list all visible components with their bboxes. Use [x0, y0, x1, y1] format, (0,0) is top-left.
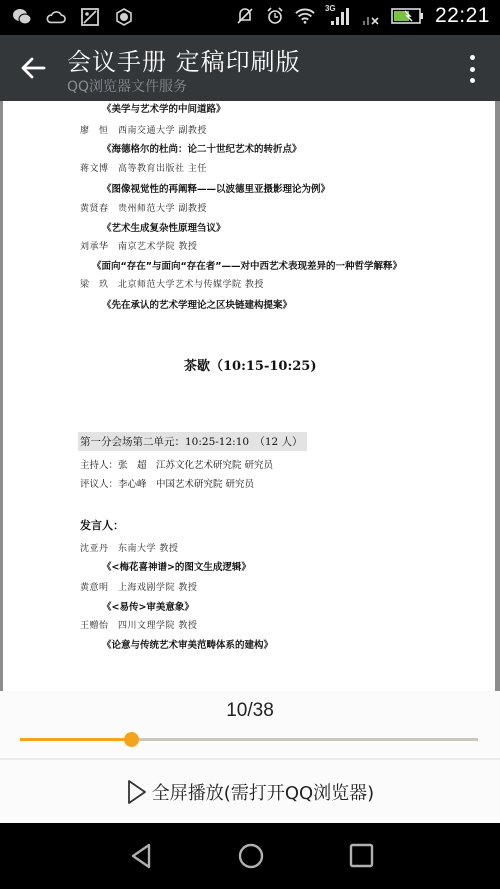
speaker-info: 蒋文博 高等教育出版社 主任: [80, 161, 207, 174]
tea-break-heading: 茶歇（10:15-10:25): [184, 355, 317, 374]
more-options-button[interactable]: [466, 55, 478, 83]
back-triangle-icon: [127, 841, 157, 871]
slider-progress: [20, 738, 131, 741]
talk-title: 《<梅花喜神谱>的图文生成逻辑》: [102, 559, 251, 573]
page-slider[interactable]: [20, 729, 480, 749]
host-info: 主持人：张 超 江苏文化艺术研究院 研究员: [80, 457, 273, 471]
wechat-icon: [12, 7, 32, 27]
document-title: 会议手册 定稿印刷版: [67, 42, 301, 77]
speakers-heading: 发言人：: [80, 517, 124, 533]
talk-title: 《先在承认的艺术学理论之区块链建构提案》: [102, 297, 292, 311]
status-bar: 3G 22:21: [0, 0, 500, 35]
talk-title: 《<易传>审美意象》: [102, 599, 194, 613]
signal-no-sim-icon: [361, 6, 381, 26]
cloud-icon: [46, 7, 66, 27]
talk-title: 《美学与艺术学的中间道路》: [102, 101, 226, 115]
mute-icon: [235, 6, 255, 26]
home-circle-icon: [236, 841, 266, 871]
nav-recents-button[interactable]: [347, 841, 377, 871]
document-viewer[interactable]: 《美学与艺术学的中间道路》 廖 恒 西南交通大学 副教授 《海德格尔的杜尚：论二…: [0, 101, 500, 691]
speaker-info: 刘承华 南京艺术学院 教授: [80, 239, 197, 252]
image-icon: [80, 7, 100, 27]
app-hexagon-icon: [114, 7, 134, 27]
app-bar: 会议手册 定稿印刷版 QQ浏览器文件服务: [0, 35, 500, 101]
session-heading: 第一分会场第二单元：10:25-12:10 （12 人）: [78, 432, 307, 451]
document-subtitle: QQ浏览器文件服务: [67, 76, 187, 96]
fullscreen-play-label: 全屏播放(需打开QQ浏览器): [152, 779, 374, 805]
talk-title: 《论意与传统艺术审美范畴体系的建构》: [102, 637, 273, 651]
battery-charging-icon: [391, 6, 425, 26]
arrow-left-icon: [18, 53, 48, 83]
nav-home-button[interactable]: [236, 841, 266, 871]
nav-back-button[interactable]: [127, 841, 157, 871]
wifi-icon: [295, 6, 315, 26]
speaker-info: 梁 玖 北京师范大学艺术与传媒学院 教授: [80, 277, 264, 290]
talk-title: 《面向“存在”与面向“存在者”——对中西艺术表现差异的一种哲学解释》: [92, 258, 402, 272]
speaker-info: 廖 恒 西南交通大学 副教授: [80, 123, 207, 136]
recents-square-icon: [347, 841, 377, 871]
talk-title: 《图像视觉性的再阐释——以波德里亚摄影理论为例》: [102, 181, 330, 195]
clock: 22:21: [435, 4, 490, 28]
speaker-info: 黄意明 上海戏剧学院 教授: [80, 580, 197, 593]
speaker-info: 黄贤春 贵州师范大学 副教授: [80, 201, 207, 214]
talk-title: 《海德格尔的杜尚：论二十世纪艺术的转折点》: [102, 141, 302, 155]
talk-title: 《艺术生成复杂性原理刍议》: [102, 220, 226, 234]
speaker-info: 沈亚丹 东南大学 教授: [80, 541, 178, 554]
page-indicator: 10/38: [0, 700, 500, 722]
play-icon: [126, 779, 148, 805]
fullscreen-play-button[interactable]: 全屏播放(需打开QQ浏览器): [0, 761, 500, 823]
signal-3g-icon: 3G: [325, 6, 351, 26]
system-navigation-bar: [0, 823, 500, 889]
alarm-icon: [265, 6, 285, 26]
document-page: 《美学与艺术学的中间道路》 廖 恒 西南交通大学 副教授 《海德格尔的杜尚：论二…: [3, 101, 495, 691]
reviewer-info: 评议人：李心峰 中国艺术研究院 研究员: [80, 476, 254, 490]
divider: [0, 758, 500, 760]
page-controls: 10/38 全屏播放(需打开QQ浏览器): [0, 691, 500, 823]
speaker-info: 王赠怡 四川文理学院 教授: [80, 618, 197, 631]
overflow-menu-icon: [470, 55, 475, 60]
slider-thumb[interactable]: [124, 732, 139, 747]
back-button[interactable]: [18, 53, 48, 83]
